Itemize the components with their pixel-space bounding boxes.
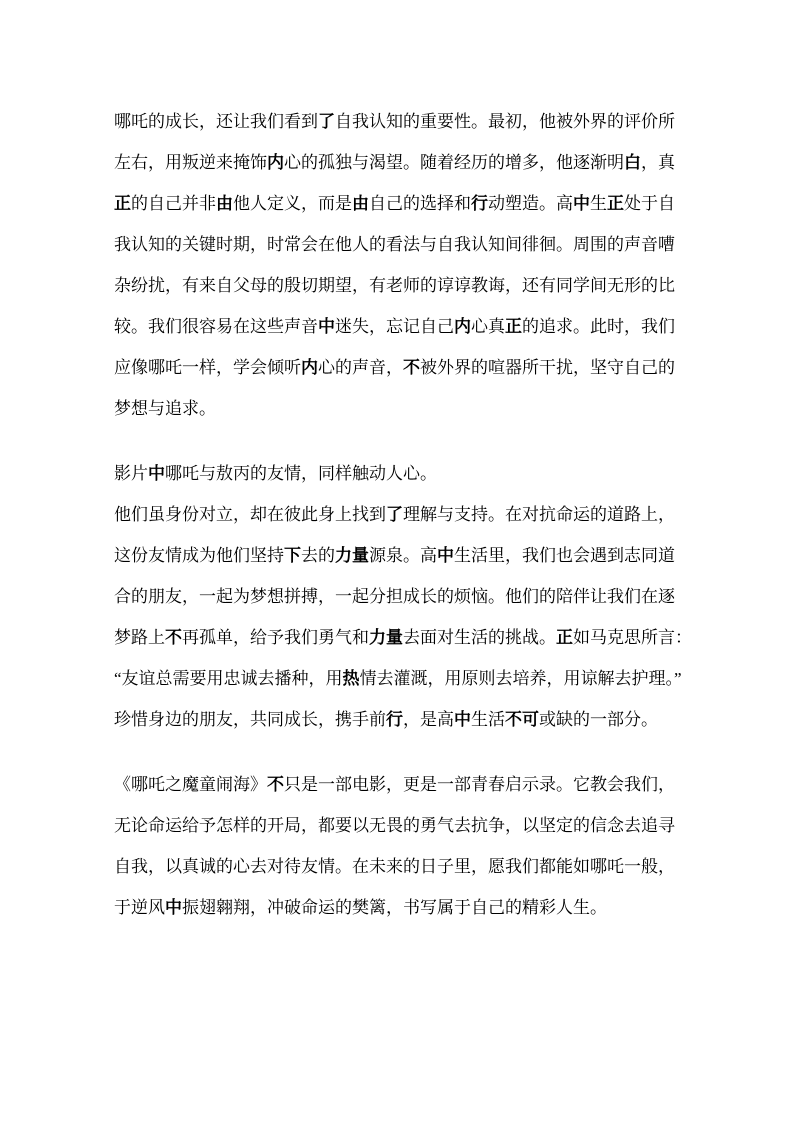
paragraph-friendship: 影片中哪吒与敖丙的友情，同样触动人心。 他们虽身份对立，却在彼此身上找到了理解与…: [114, 453, 754, 740]
paragraph-self-awareness: 哪吒的成长，还让我们看到了自我认知的重要性。最初，他被外界的评价所 左右，用叛逆…: [114, 101, 754, 429]
paragraph-conclusion: 《哪吒之魔童闹海》不只是一部电影，更是一部青春启示录。它教会我们， 无论命运给予…: [114, 764, 754, 928]
document-page: 哪吒的成长，还让我们看到了自我认知的重要性。最初，他被外界的评价所 左右，用叛逆…: [0, 0, 794, 1123]
document-body: 哪吒的成长，还让我们看到了自我认知的重要性。最初，他被外界的评价所 左右，用叛逆…: [114, 101, 754, 952]
